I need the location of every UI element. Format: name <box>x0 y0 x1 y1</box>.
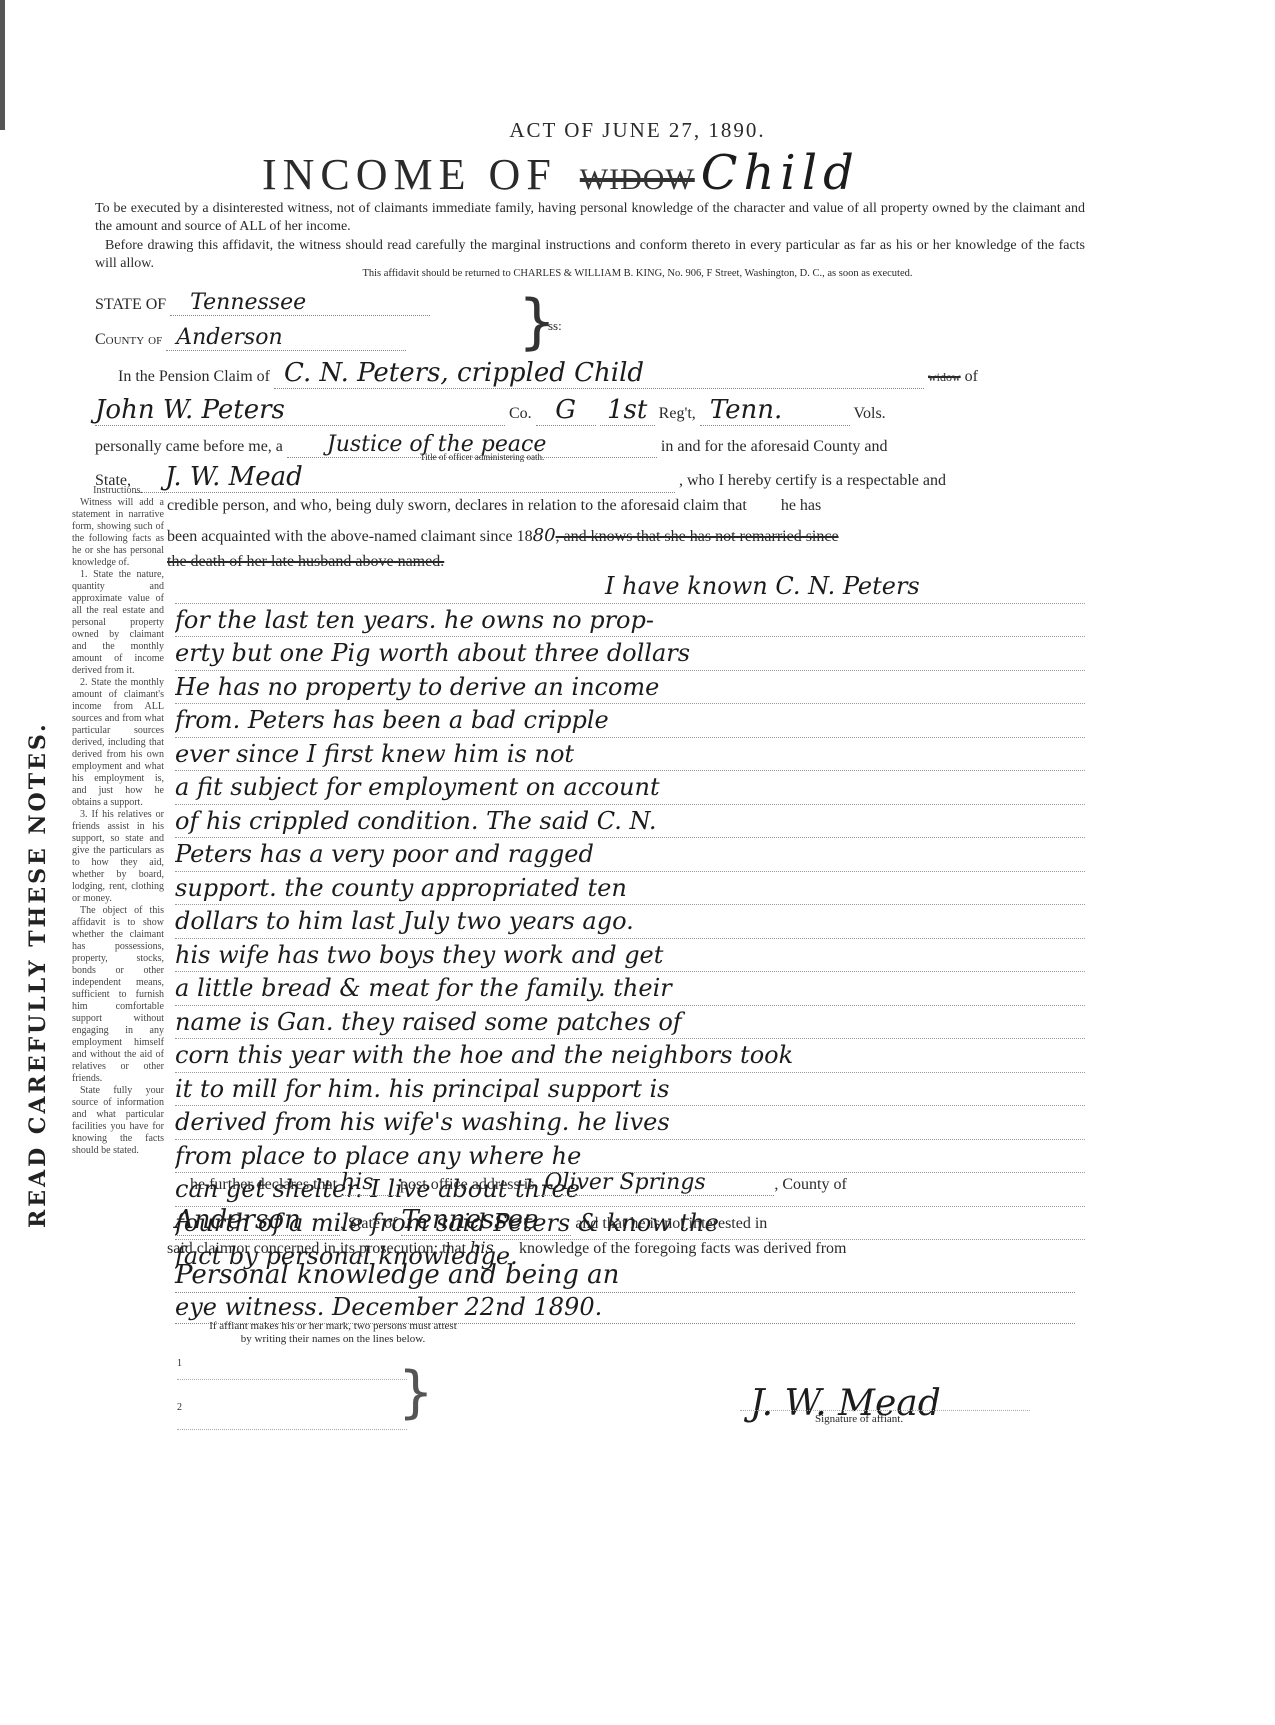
narrative-line: a little bread & meat for the family. th… <box>175 972 1085 1006</box>
soldier-name: John W. Peters <box>95 395 505 426</box>
county-label: County of <box>95 331 162 348</box>
struck-widow: WIDOW <box>580 163 695 196</box>
said-claim-row: said claim or concerned in its prosecuti… <box>167 1238 1087 1258</box>
po-address-label: post office address is <box>400 1176 534 1193</box>
narrative-line: ever since I first knew him is not <box>175 738 1085 772</box>
instruction-item-3: 3. If his relatives or friends assist in… <box>72 809 164 905</box>
acquainted-text: been acquainted with the above-named cla… <box>167 528 533 545</box>
credible-text: credible person, and who, being duly swo… <box>167 497 747 514</box>
pension-claim-row: In the Pension Claim of C. N. Peters, cr… <box>118 358 1083 389</box>
narrative-line: of his crippled condition. The said C. N… <box>175 805 1085 839</box>
instructions-intro: Witness will add a statement in narrativ… <box>72 497 164 569</box>
narrative-line: He has no property to derive an income <box>175 671 1085 705</box>
claimant-name: C. N. Peters, crippled Child <box>274 358 924 389</box>
certify-text: , who I hereby certify is a respectable … <box>679 472 946 489</box>
signature-line <box>740 1410 1030 1411</box>
state-of-label: , State of <box>340 1215 397 1232</box>
scan-edge <box>0 0 5 130</box>
knowledge-pronoun: his <box>470 1238 515 1257</box>
affiant-row: State, J. W. Mead , who I hereby certify… <box>95 462 1085 493</box>
regiment-state: Tenn. <box>700 395 850 426</box>
witness-1-number: 1 <box>177 1358 182 1369</box>
vols-label: Vols. <box>854 405 886 422</box>
signature-label: Signature of affiant. <box>815 1413 903 1425</box>
narrative-line: for the last ten years. he owns no prop- <box>175 604 1085 638</box>
state-label: STATE OF <box>95 296 166 313</box>
witness-2-line <box>177 1428 407 1430</box>
instruction-state-fully: State fully your source of information a… <box>72 1085 164 1157</box>
narrative-statement: I have known C. N. Peters for the last t… <box>175 570 1085 1273</box>
instruction-item-2: 2. State the monthly amount of claimant'… <box>72 677 164 809</box>
struck-remarried-1: , and knows that she has not remarried s… <box>556 528 839 545</box>
since-year: 80 <box>533 525 556 546</box>
pronoun-value: his <box>341 1170 396 1196</box>
income-of-label: INCOME OF <box>262 150 557 199</box>
narrative-line: from. Peters has been a bad cripple <box>175 704 1085 738</box>
soldier-row: John W. Peters Co. G 1st Reg't, Tenn. Vo… <box>95 395 1085 426</box>
county-state-row: Anderson, State of Tennessee and that he… <box>175 1205 1085 1236</box>
he-has: he has <box>781 497 821 514</box>
po-address-row: he further declares that his post office… <box>190 1170 1085 1196</box>
closing-county-value: Anderson <box>175 1205 340 1236</box>
mark-attestation-note: If affiant makes his or her mark, two pe… <box>168 1320 498 1346</box>
witness-bracket: } <box>398 1365 434 1421</box>
form-title: INCOME OF WIDOWChild <box>262 145 860 201</box>
state-value: Tennessee <box>170 290 430 316</box>
read-carefully-banner: READ CAREFULLY THESE NOTES. <box>25 640 55 1310</box>
po-address-value: Oliver Springs <box>538 1170 774 1196</box>
of-label: of <box>965 368 978 385</box>
witness-1-line <box>177 1378 407 1380</box>
narrative-line: derived from his wife's washing. he live… <box>175 1106 1085 1140</box>
narrative-line: from place to place any where he <box>175 1140 1085 1174</box>
company-value: G <box>536 395 596 426</box>
handwritten-child: Child <box>701 145 860 201</box>
instruction-object: The object of this affidavit is to show … <box>72 905 164 1085</box>
came-before-row: personally came before me, a Justice of … <box>95 432 1085 458</box>
ss-label: ss: <box>548 318 562 334</box>
came-before-label: personally came before me, a <box>95 438 283 455</box>
narrative-line: a fit subject for employment on account <box>175 771 1085 805</box>
instruction-executed-by: To be executed by a disinterested witnes… <box>95 200 1085 236</box>
affiant-name: J. W. Mead <box>135 462 675 493</box>
county-value: Anderson <box>166 325 406 351</box>
further-declares: he further declares that <box>190 1176 337 1193</box>
officer-caption: Title of officer administering oath. <box>420 452 544 462</box>
regiment-number: 1st <box>600 395 655 426</box>
knowledge-derived-text: knowledge of the foregoing facts was der… <box>519 1240 846 1257</box>
mark-note-1: If affiant makes his or her mark, two pe… <box>168 1320 498 1333</box>
county-of-label: , County of <box>774 1176 846 1193</box>
closing-state-value: Tennessee <box>401 1205 571 1236</box>
marginal-instructions: Instructions. Witness will add a stateme… <box>72 485 164 1157</box>
narrative-line: it to mill for him. his principal suppor… <box>175 1073 1085 1107</box>
not-interested-text: and that he is not interested in <box>575 1215 767 1232</box>
mark-note-2: by writing their names on the lines belo… <box>168 1333 498 1346</box>
regt-label: Reg't, <box>659 405 696 422</box>
instructions-heading: Instructions. <box>72 485 164 497</box>
act-title: ACT OF JUNE 27, 1890. <box>0 118 1275 143</box>
narrative-line: I have known C. N. Peters <box>175 570 1085 604</box>
said-claim-text: said claim or concerned in its prosecuti… <box>167 1240 466 1257</box>
co-label: Co. <box>509 405 532 422</box>
narrative-line: dollars to him last July two years ago. <box>175 905 1085 939</box>
county-row: County of Anderson <box>95 325 406 351</box>
acquainted-row: been acquainted with the above-named cla… <box>167 525 1087 546</box>
narrative-line: name is Gan. they raised some patches of <box>175 1006 1085 1040</box>
return-note: This affidavit should be returned to CHA… <box>0 268 1275 279</box>
instruction-item-1: 1. State the nature, quantity and approx… <box>72 569 164 677</box>
state-row: STATE OF Tennessee <box>95 290 430 316</box>
narrative-line: erty but one Pig worth about three dolla… <box>175 637 1085 671</box>
pension-claim-label: In the Pension Claim of <box>118 368 270 385</box>
narrative-line: his wife has two boys they work and get <box>175 939 1085 973</box>
knowledge-source-line-1: Personal knowledge and being an <box>175 1260 1075 1293</box>
aforesaid-label: in and for the aforesaid County and <box>661 438 888 455</box>
witness-2-number: 2 <box>177 1402 182 1413</box>
credible-row: credible person, and who, being duly swo… <box>167 497 1087 515</box>
narrative-line: Peters has a very poor and ragged <box>175 838 1085 872</box>
narrative-line: support. the county appropriated ten <box>175 872 1085 906</box>
narrative-line: corn this year with the hoe and the neig… <box>175 1039 1085 1073</box>
struck-remarried-2: the death of her late husband above name… <box>167 553 444 571</box>
struck-widow-of: widow <box>928 370 961 384</box>
